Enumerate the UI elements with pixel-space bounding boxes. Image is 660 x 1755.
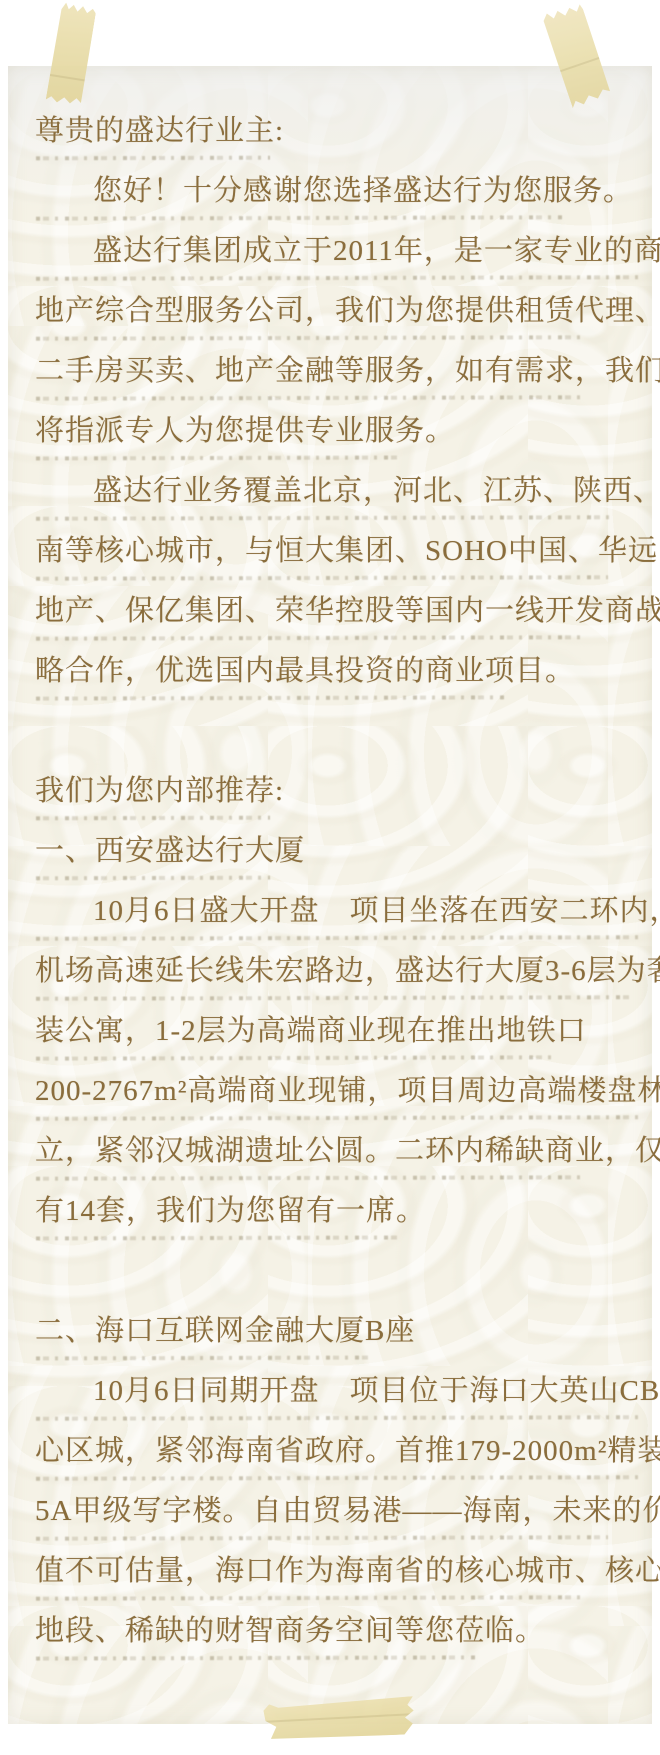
- letter-line: 有14套，我们为您留有一席。: [35, 1193, 643, 1253]
- ink-bleed-underline: [36, 1475, 640, 1481]
- letter-line-text: 将指派专人为您提供专业服务。: [35, 413, 643, 450]
- ink-bleed-underline: [36, 695, 504, 700]
- letter-line: [35, 713, 643, 773]
- ink-bleed-underline: [36, 1115, 640, 1121]
- letter-line: 您好！十分感谢您选择盛达行为您服务。: [35, 173, 643, 233]
- ink-bleed-underline: [36, 1175, 582, 1180]
- letter-line: 立，紧邻汉城湖遗址公圆。二环内稀缺商业，仅: [35, 1133, 643, 1193]
- letter-line: 南等核心城市，与恒大集团、SOHO中国、华远: [35, 533, 643, 593]
- letter-line-text: 10月6日同期开盘 项目位于海口大英山CBD核: [35, 1373, 643, 1410]
- ink-bleed-underline: [36, 1055, 556, 1060]
- letter-line: 二手房买卖、地产金融等服务，如有需求，我们: [35, 353, 643, 413]
- letter-line-text: 一、西安盛达行大厦: [35, 833, 643, 870]
- ink-bleed-underline: [36, 456, 400, 461]
- letter-line-text: 立，紧邻汉城湖遗址公圆。二环内稀缺商业，仅: [35, 1133, 643, 1170]
- letter-paper: 尊贵的盛达行业主: 您好！十分感谢您选择盛达行为您服务。 盛达行集团成立于201…: [8, 66, 652, 1724]
- letter-line: 二、海口互联网金融大厦B座: [35, 1313, 643, 1373]
- ink-bleed-underline: [36, 935, 640, 941]
- letter-line: 略合作，优选国内最具投资的商业项目。: [35, 653, 643, 713]
- ink-bleed-underline: [36, 335, 582, 340]
- letter-line-text: 心区城，紧邻海南省政府。首推179-2000m²精装: [35, 1433, 643, 1470]
- letter-line: 地段、稀缺的财智商务空间等您莅临。: [35, 1613, 643, 1673]
- letter-line-text: 机场高速延长线朱宏路边，盛达行大厦3-6层为奢: [35, 953, 643, 990]
- letter-line: 装公寓，1-2层为高端商业现在推出地铁口: [35, 1013, 643, 1073]
- ink-bleed-underline: [36, 275, 640, 281]
- letter-line: 我们为您内部推荐:: [35, 773, 643, 833]
- ink-bleed-underline: [36, 1655, 478, 1660]
- letter-line: 盛达行业务覆盖北京，河北、江苏、陕西、海: [35, 473, 643, 533]
- ink-bleed-underline: [36, 1356, 374, 1361]
- letter-line: 值不可估量，海口作为海南省的核心城市、核心: [35, 1553, 643, 1613]
- letter-line-text: 地产、保亿集团、荣华控股等国内一线开发商战: [35, 593, 643, 630]
- letter-line: 将指派专人为您提供专业服务。: [35, 413, 643, 473]
- ink-bleed-underline: [36, 515, 614, 521]
- letter-line-text: 二、海口互联网金融大厦B座: [35, 1313, 643, 1350]
- letter-line: 地产、保亿集团、荣华控股等国内一线开发商战: [35, 593, 643, 653]
- letter-line: 200-2767m²高端商业现铺，项目周边高端楼盘林: [35, 1073, 643, 1133]
- letter-line-text: 装公寓，1-2层为高端商业现在推出地铁口: [35, 1013, 643, 1050]
- letter-line-text: 5A甲级写字楼。自由贸易港——海南，未来的价: [35, 1493, 643, 1530]
- ink-bleed-underline: [36, 1415, 640, 1421]
- letter-line-text: 地段、稀缺的财智商务空间等您莅临。: [35, 1613, 643, 1650]
- letter-line: 10月6日同期开盘 项目位于海口大英山CBD核: [35, 1373, 643, 1433]
- letter-line-text: 南等核心城市，与恒大集团、SOHO中国、华远: [35, 533, 643, 570]
- ink-bleed-underline: [36, 635, 582, 640]
- letter-line: 机场高速延长线朱宏路边，盛达行大厦3-6层为奢: [35, 953, 643, 1013]
- ink-bleed-underline: [36, 1236, 400, 1241]
- letter-line-text: 值不可估量，海口作为海南省的核心城市、核心: [35, 1553, 643, 1590]
- letter-line: [35, 1253, 643, 1313]
- ink-bleed-underline: [36, 876, 270, 881]
- ink-bleed-underline: [36, 1535, 608, 1540]
- letter-line: 5A甲级写字楼。自由贸易港——海南，未来的价: [35, 1493, 643, 1553]
- letter-line-text: 盛达行业务覆盖北京，河北、江苏、陕西、海: [35, 473, 643, 510]
- ink-bleed-underline: [36, 816, 270, 821]
- letter-line-text: 地产综合型服务公司，我们为您提供租赁代理、: [35, 293, 643, 330]
- letter-line-text: 二手房买卖、地产金融等服务，如有需求，我们: [35, 353, 643, 390]
- letter-line-text: 您好！十分感谢您选择盛达行为您服务。: [35, 173, 643, 210]
- letter-line: 尊贵的盛达行业主:: [35, 113, 643, 173]
- ink-bleed-underline: [36, 575, 608, 580]
- ink-bleed-underline: [36, 995, 634, 1001]
- ink-bleed-underline: [36, 156, 270, 161]
- letter-line: 心区城，紧邻海南省政府。首推179-2000m²精装: [35, 1433, 643, 1493]
- letter-line-text: 10月6日盛大开盘 项目坐落在西安二环内，: [35, 893, 643, 930]
- letter-line-text: 尊贵的盛达行业主:: [35, 113, 643, 150]
- letter-line-text: 略合作，优选国内最具投资的商业项目。: [35, 653, 643, 690]
- ink-bleed-underline: [36, 1595, 582, 1600]
- ink-bleed-underline: [36, 395, 582, 400]
- letter-page: 尊贵的盛达行业主: 您好！十分感谢您选择盛达行为您服务。 盛达行集团成立于201…: [0, 0, 660, 1755]
- letter-line: 盛达行集团成立于2011年，是一家专业的商业: [35, 233, 643, 293]
- letter-line: 一、西安盛达行大厦: [35, 833, 643, 893]
- letter-line-text: 有14套，我们为您留有一席。: [35, 1193, 643, 1230]
- letter-line: 10月6日盛大开盘 项目坐落在西安二环内，: [35, 893, 643, 953]
- letter-line-text: 我们为您内部推荐:: [35, 773, 643, 810]
- letter-line-text: 盛达行集团成立于2011年，是一家专业的商业: [35, 233, 643, 270]
- ink-bleed-underline: [36, 215, 562, 220]
- letter-line: 地产综合型服务公司，我们为您提供租赁代理、: [35, 293, 643, 353]
- letter-body: 尊贵的盛达行业主: 您好！十分感谢您选择盛达行为您服务。 盛达行集团成立于201…: [35, 113, 643, 1673]
- letter-line-text: 200-2767m²高端商业现铺，项目周边高端楼盘林: [35, 1073, 643, 1110]
